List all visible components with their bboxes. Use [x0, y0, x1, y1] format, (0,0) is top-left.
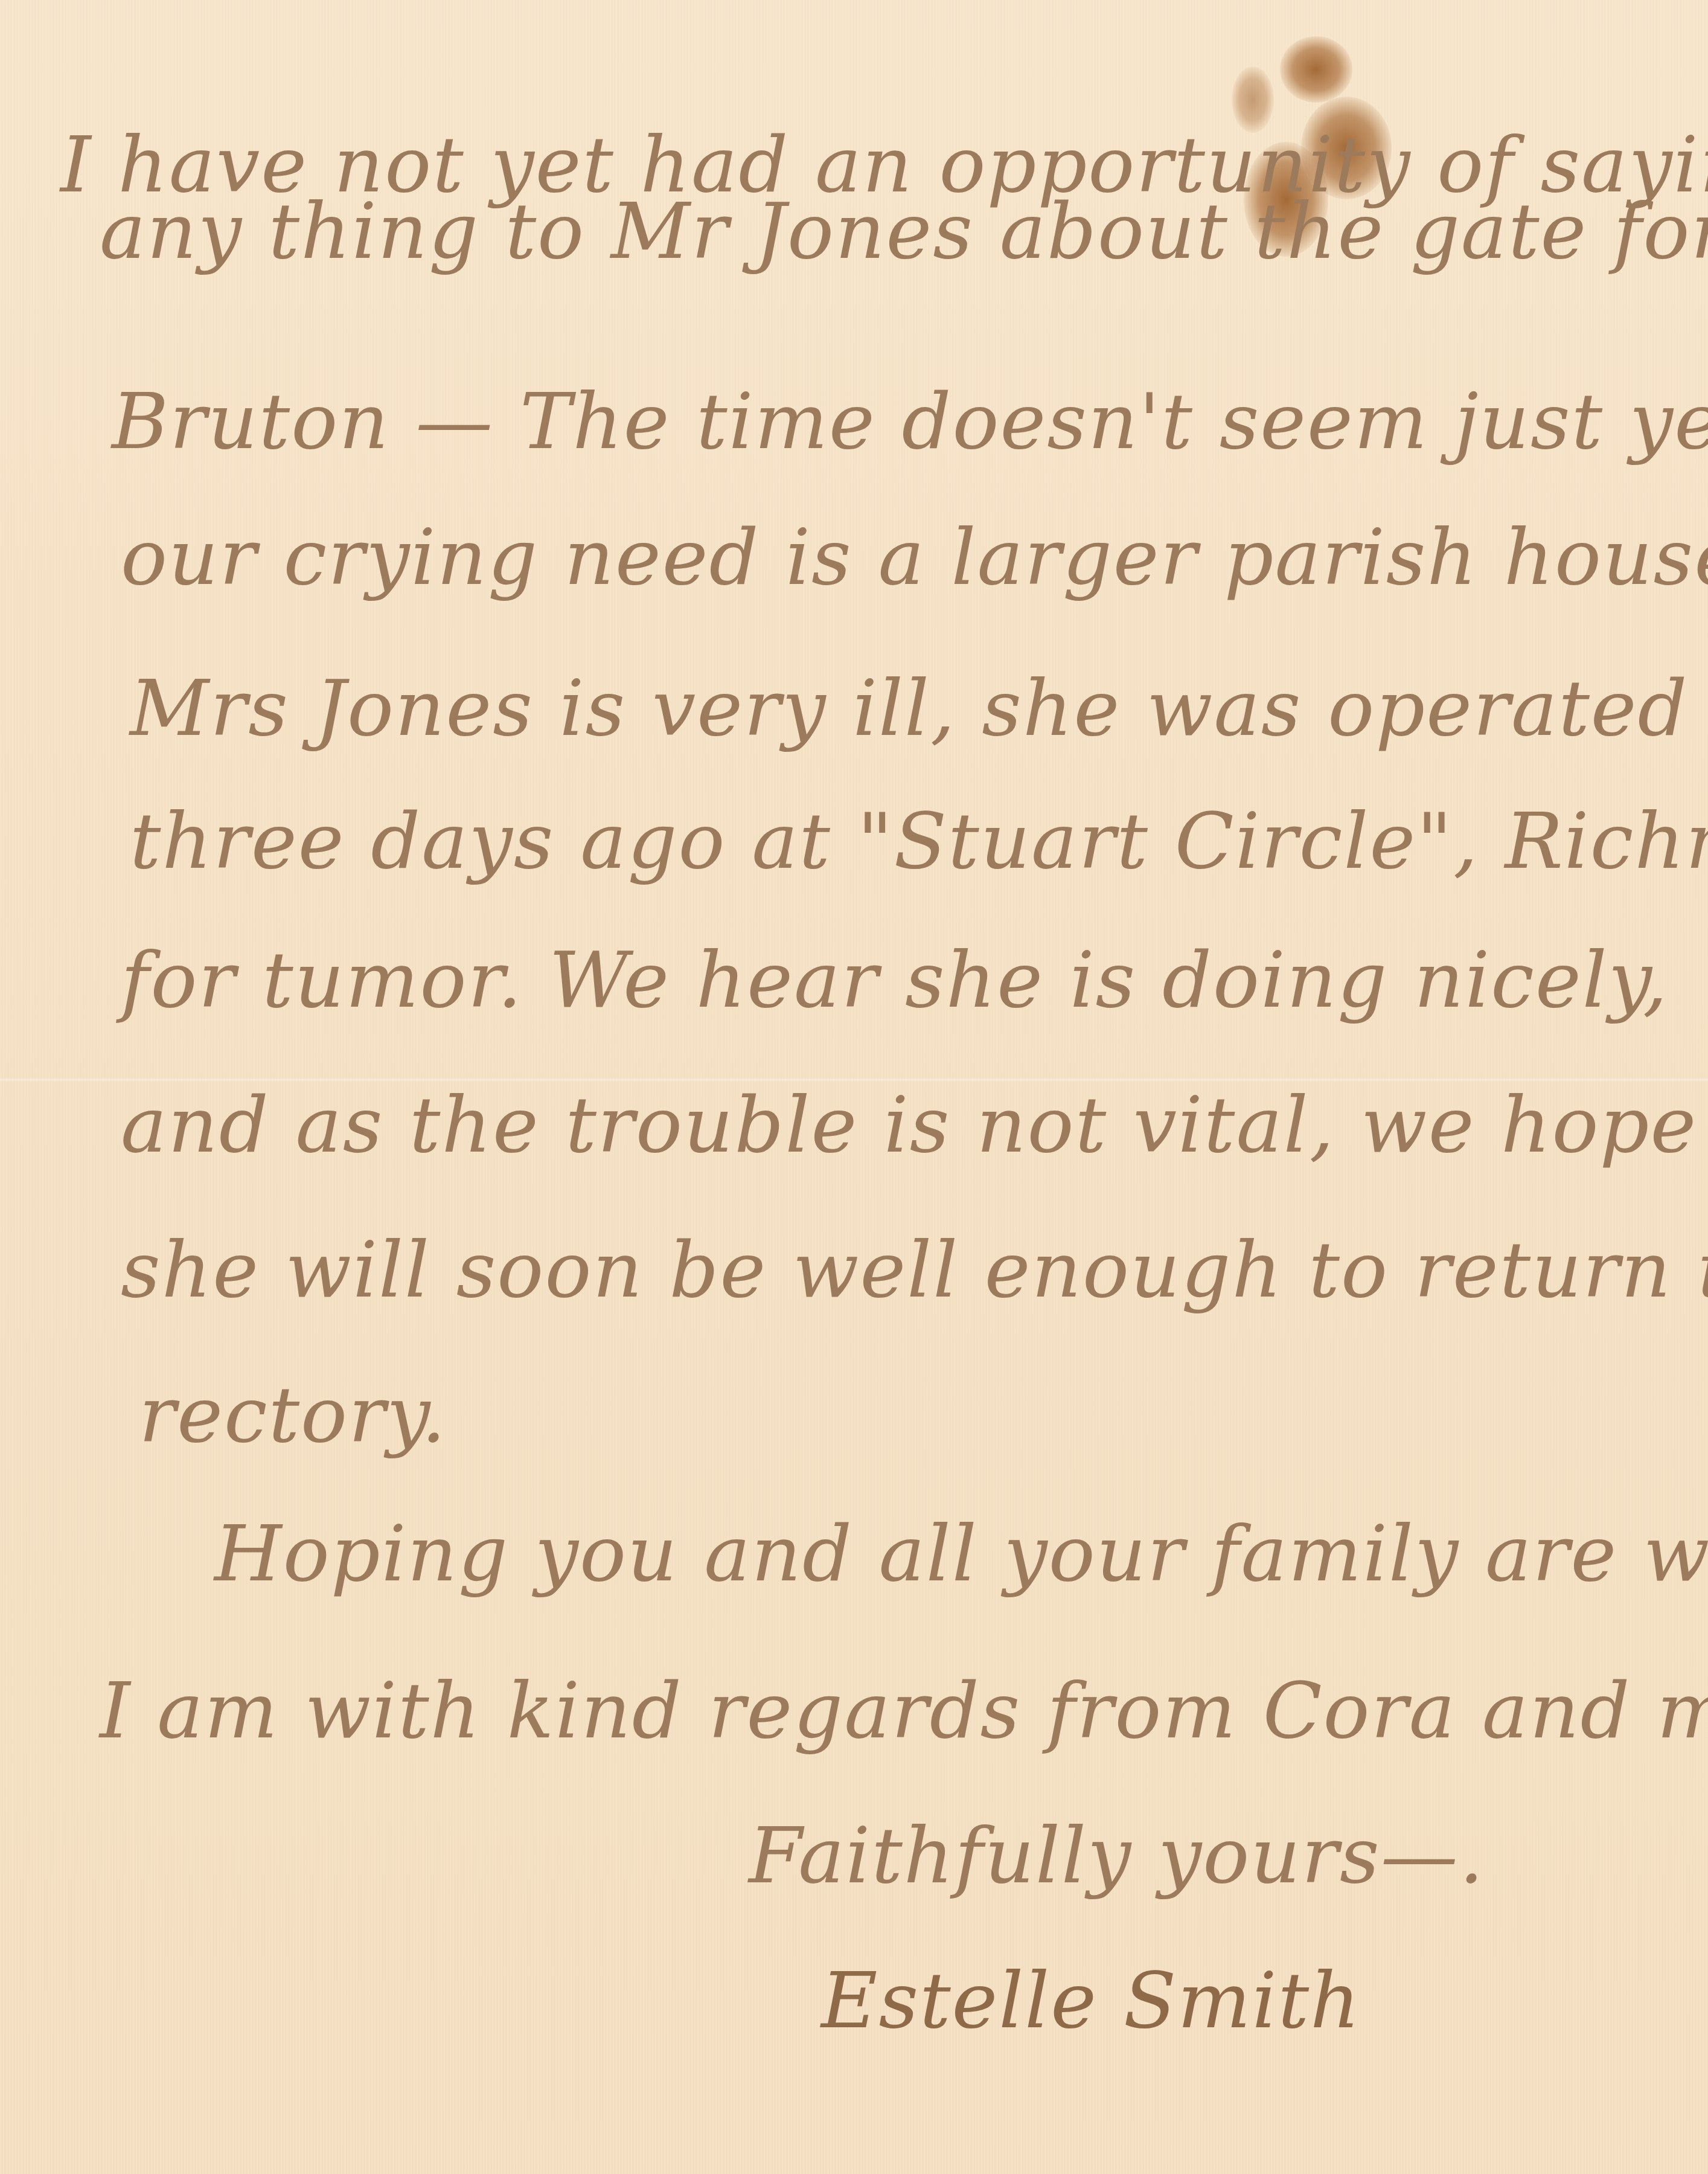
ink-stain — [1280, 36, 1352, 103]
letter-line: our crying need is a larger parish house… — [121, 519, 1708, 597]
letter-line: she will soon be well enough to return t… — [121, 1232, 1708, 1309]
letter-line: for tumor. We hear she is doing nicely, — [121, 942, 1669, 1019]
letter-line: Hoping you and all your family are well, — [214, 1516, 1708, 1593]
letter-line: Bruton — The time doesn't seem just yet. — [112, 383, 1708, 461]
letter-line: I am with kind regards from Cora and mys… — [100, 1673, 1708, 1750]
letter-line: any thing to Mr Jones about the gate for — [100, 193, 1708, 271]
letter-signature: Estelle Smith — [821, 1963, 1361, 2040]
letter-line: three days ago at "Stuart Circle", Richm… — [130, 803, 1708, 880]
letter-line: Mrs Jones is very ill, she was operated … — [130, 670, 1708, 748]
letter-line: and as the trouble is not vital, we hope — [121, 1087, 1697, 1164]
letter-closing: Faithfully yours—. — [749, 1818, 1485, 1895]
letter-line: rectory. — [139, 1377, 447, 1454]
